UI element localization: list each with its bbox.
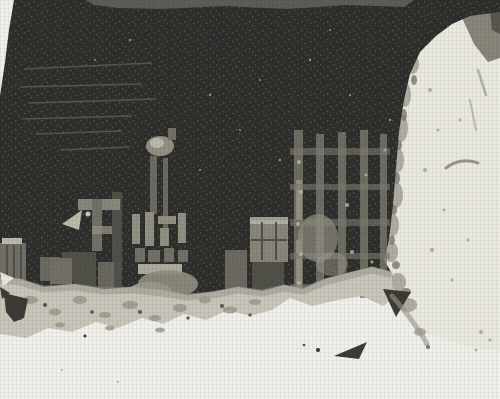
film-grain-overlay xyxy=(0,0,500,399)
halftone-photograph xyxy=(0,0,500,399)
photo-canvas xyxy=(0,0,500,399)
